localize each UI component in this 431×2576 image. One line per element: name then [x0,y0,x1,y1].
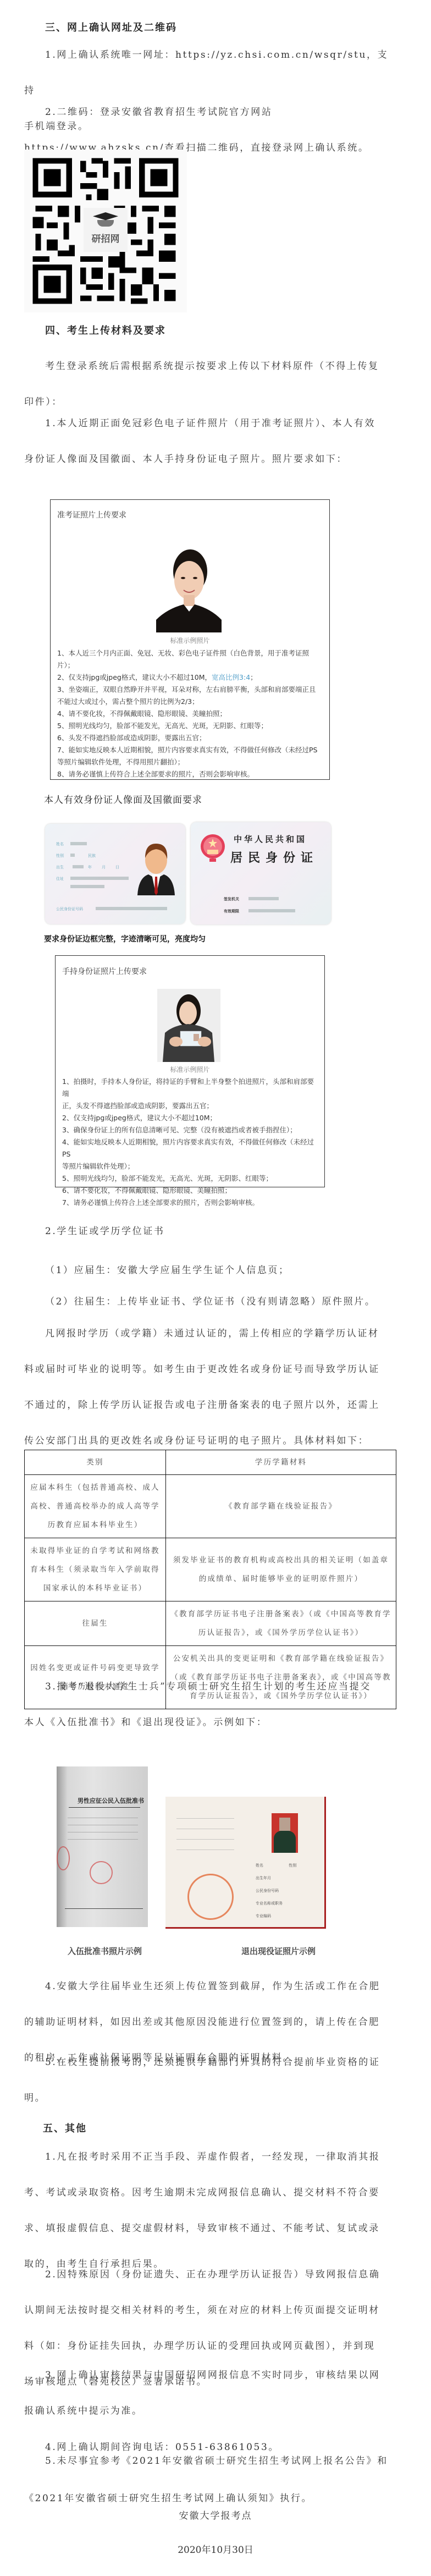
id-card-front-sample: 姓名 性别 民族 出生 年 月 日 住址 公民身份证号码 [45,824,185,924]
id-card-heading: 本人有效身份证人像面及国徽面要求 [44,792,202,806]
box-title: 手持身份证照片上传要求 [62,966,147,977]
para-line: 不通过的，除上传学历认证报告或电子注册备案表的电子照片以外，还需上 [24,1400,380,1411]
qr-code[interactable]: 研招网 [24,150,187,312]
para-line: 3.网上确认审核结果与中国研招网网报信息不实时同步，审核结果以网 [45,2370,380,2381]
section4-item2-title: 2.学生证或学历学位证书 [24,1214,398,1250]
item2-title-text: 2.学生证或学历学位证书 [45,1226,164,1237]
id-label-number: 公民身份证号码 [56,906,83,912]
header-material: 学历学籍材料 [166,1450,396,1475]
photo-caption: 标准示例照片 [51,636,329,645]
requirement-item: 1、本人近三个月内正面、免冠、无妆、彩色电子证件照（白色背景，用于准考证照 [57,647,323,659]
id-label-birth: 出生 [56,865,64,870]
enlistment-certificate-photo: 男性应征公民入伍批准书 [57,1766,148,1927]
cell-category: 未取得毕业证的自学考试和网络教育本科生（须录取当年入学前取得国家承认的本科毕业证… [25,1538,166,1601]
divider [65,1908,143,1909]
blurred-field [248,909,295,912]
item2-text: 2.二维码：登录安徽省教育招生考试院官方网站 [45,107,272,118]
para-line: 求、填报虚假信息、提交虚假材料，导致审核不通过、不能考试、复试或录 [24,2223,380,2234]
para-line: 《2021年安徽省硕士研究生招生考试网上确认须知》执行。 [24,2493,312,2504]
blurred-field [70,885,104,888]
id-card-note: 要求身份证边框完整，字迹清晰可见，亮度均匀 [44,933,206,944]
national-emblem-icon [200,832,226,863]
para-line: 的辅助证明材料，如因出差或其他原因没能进行位置签到的，请上传在合肥 [24,2017,380,2028]
blurred-field [248,897,279,900]
para-line: 5.未尽事宜参考《2021年安徽省硕士研究生招生考试网上报名公告》和 [45,2456,388,2467]
id-label-month: 月 [102,865,106,870]
requirement-item: 4、请不要化妆，不得佩戴眼镜、隐形眼镜、美瞳拍照； [57,708,323,720]
requirement-item: 2、仅支持jpg或jpeg格式，建议大小不超过10M，宽高比例3:4； [57,671,323,684]
id-label-year: 年 [88,865,92,870]
para-line: 凡网报时学历（或学籍）未通过认证的，需上传相应的学籍学历认证材 [45,1328,379,1339]
qr-logo: 研招网 [84,208,128,252]
id-label-address: 住址 [56,876,64,882]
section4-item2-sub1: （1）应届生：安徽大学应届生学生证个人信息页； [24,1253,398,1289]
blurred-face [279,1818,290,1831]
section4-item2-sub2: （2）往届生：上传毕业证书、学位证书（没有则请忽略）原件照片。 [24,1284,398,1320]
item2-sub1-text: （1）应届生：安徽大学应届生学生证个人信息页； [45,1265,290,1276]
requirement-item: 3、确保身份证上的所有信息清晰可见、完整（没有被遮挡或者被手指捏住）； [62,1124,318,1136]
id-label-gender: 性别 [56,853,64,858]
field-label: 姓名 [256,1863,263,1868]
requirement-item: 6、请不要化妆，不得佩戴眼镜、隐形眼镜、美瞳拍照； [62,1185,318,1197]
para-line: 料（如：身份证挂失回执，办理学历认证的受理回执或网页截图），并到现 [24,2341,375,2352]
requirements-list: 1、拍摄时，手持本人身份证，将持证的手臂和上半身整个拍进照片，头部和肩部要端 正… [62,1076,318,1209]
photo-caption: 标准示例照片 [56,1065,324,1074]
signature-org: 安徽大学报考点 [0,2508,431,2522]
official-seal-icon [187,1874,234,1920]
section5-item5: 5.未尽事宜参考《2021年安徽省硕士研究生招生考试网上报名公告》和《2021年… [24,2442,398,2517]
standard-sample-photo [156,543,222,632]
field-label: 出生年月 [256,1872,296,1885]
blurred-field [96,907,167,910]
para-line: 考、考试或录取资格。因考生逾期未完成网报信息确认、提交材料不符合要 [24,2187,380,2198]
cell-material: 须发毕业证书的教育机构或高校出具的相关证明（如盖章的成绩单、届时能够毕业的证明原… [166,1538,396,1601]
id-label-issuer: 签发机关 [224,896,239,902]
requirement-item: 2、仅支持jpg或jpeg格式，建议大小不超过10M； [62,1112,318,1124]
para-line: 1.凡在报考时采用不正当手段、弄虚作假者，一经发现，一律取消其报 [45,2151,380,2162]
requirement-item: 等照片编辑软件处理，不得用照片翻拍）； [57,756,323,768]
discharge-certificate-photo: 姓名 性别 出生年月 公民身份号码 专业名称或职务 专业编码 [165,1797,326,1929]
item2-sub2-text: （2）往届生：上传毕业证书、学位证书（没有则请忽略）原件照片。 [45,1296,375,1307]
item1-text-cont: 身份证人像面及国徽面、本人手持身份证电子照片。照片要求如下： [24,454,347,465]
blurred-field [70,842,87,845]
requirement-item: 片）； [57,659,323,671]
section4-heading: 四、考生上传材料及要求 [45,323,166,337]
item3-text: 3.报考“退役大学生士兵”专项硕士研究生招生计划的考生还应当提交 [45,1681,371,1692]
table-row: 未取得毕业证的自学考试和网络教育本科生（须录取当年入学前取得国家承认的本科毕业证… [25,1538,396,1601]
requirement-item: 5、照明光线均匀，脸部不能发光，无高光、光斑，无阴影、红眼等； [57,720,323,732]
item3-text-cont: 本人《入伍批准书》和《退出现役证》。示例如下： [24,1717,267,1728]
requirement-tail: ； [250,673,257,681]
para-line: 报确认系统中提示为准。 [24,2406,143,2417]
woman-portrait-icon [156,543,222,632]
official-seal-icon [90,1861,113,1884]
discharge-fields: 姓名 性别 出生年月 公民身份号码 专业名称或职务 专业编码 [256,1859,296,1923]
table-header-row: 类别 学历学籍材料 [25,1450,396,1475]
aspect-ratio-highlight: 宽高比例3:4 [212,673,250,681]
discharge-caption: 退出现役证照片示例 [241,1945,316,1957]
para-line: 明。 [24,2093,46,2104]
requirement-item: 4、能如实地反映本人近期相貌，照片内容要求真实有效，不得做任何修改（未经过PS [62,1136,318,1160]
para-line: 料或届时可毕业的说明等。如考生由于更改姓名或身份证号而导致学历认证 [24,1364,380,1375]
requirement-item: 5、照明光线均匀，脸部不能发光，无高光、光斑，无阴影、红眼等； [62,1173,318,1185]
section4-item2-para: 凡网报时学历（或学籍）未通过认证的，需上传相应的学籍学历认证材料或届时可毕业的说… [24,1316,398,1459]
cell-material: 《教育部学历证书电子注册备案表》（或《中国高等教育学历认证报告》，或《国外学历学… [166,1601,396,1646]
para-line: 2.因特殊原因（身份证遗失、正在办理学历认证报告）导致网报信息确 [45,2269,380,2280]
woman-holding-id-icon [157,989,220,1062]
id-label-ethnicity: 民族 [88,853,96,858]
para-line: 认期间无法按时提交相关材料的考生，须在对应的材料上传页面提交证明材 [24,2305,380,2316]
id-back-title1: 中华人民共和国 [234,833,307,845]
table-row: 应届本科生（包括普通高校、成人高校、普通高校举办的成人高等学历教育应届本科毕业生… [25,1475,396,1538]
requirement-item: 等照片编辑软件处理）； [62,1160,318,1173]
id-back-title2: 居民身份证 [230,849,318,866]
id-label-day: 日 [115,865,119,870]
enlistment-doc-title: 男性应征公民入伍批准书 [78,1796,144,1805]
id-label-validity: 有效期限 [224,909,239,914]
box-title: 准考证照片上传要求 [57,509,126,520]
signature-date: 2020年10月30日 [0,2542,431,2556]
requirement-item: 6、头发不得遮挡脸部或造成阴影，要露出五官； [57,732,323,744]
section4-item1: 1.本人近期正面免冠彩色电子证件照片（用于准考证照片）、本人有效身份证人像面及国… [24,406,398,477]
cell-category: 应届本科生（包括普通高校、成人高校、普通高校举办的成人高等学历教育应届本科毕业生… [25,1475,166,1538]
requirement-item: 1、拍摄时，手持本人身份证，将持证的手臂和上半身整个拍进照片，头部和肩部要端 [62,1076,318,1100]
avatar-placeholder-icon [137,840,175,895]
header-category: 类别 [25,1450,166,1475]
field-label: 专业编码 [256,1910,296,1923]
cell-category: 往届生 [25,1601,166,1646]
uniform [274,1831,296,1853]
table-row: 往届生 《教育部学历证书电子注册备案表》（或《中国高等教育学历认证报告》，或《国… [25,1601,396,1646]
requirement-item: 7、请务必谨慎上传符合上述全部要求的照片，否则会影响审核。 [62,1197,318,1209]
section4-item3: 3.报考“退役大学生士兵”专项硕士研究生招生计划的考生还应当提交本人《入伍批准书… [24,1669,398,1741]
handheld-id-requirements-box: 手持身份证照片上传要求 标准示例照片 1、拍摄时，手持本人身份证，将持证的手臂和… [55,955,325,1187]
section5-heading: 五、其他 [43,2121,87,2135]
graduation-cap-base [97,220,114,227]
intro-text: 考生登录系统后需根据系统提示按要求上传以下材料原件（不得上传复 [45,361,379,372]
section3-heading: 三、网上确认网址及二维码 [45,20,177,34]
para-line: 传公安部门出具的更改姓名或身份证号证明的电子照片。具体材料如下： [24,1435,369,1446]
requirement-item: 不能过大或过小，需占整个照片的比例为2/3； [57,696,323,708]
divider [69,1807,140,1808]
section4-item5: 5.在校生提前报考的，还须提供学籍部门开具的符合提前毕业资格的证明。 [24,2045,398,2116]
para-line: 5.在校生提前报考的，还须提供学籍部门开具的符合提前毕业资格的证 [45,2057,380,2068]
field-label: 专业名称或职务 [256,1897,296,1910]
handheld-sample-photo [157,989,220,1062]
id-label-name: 姓名 [56,841,64,847]
admission-photo-requirements-box: 准考证照片上传要求 标准示例照片 1、本人近三个月内正面、免冠、无妆、彩色电子证… [50,499,330,780]
soldier-photo [272,1813,298,1853]
blurred-field [73,865,84,868]
requirement-item: 正，头发不得遮挡脸部或造成阴影，要露出五官； [62,1100,318,1112]
item1-text: 1.网上确认系统唯一网址：https://yz.chsi.com.cn/wsqr… [24,49,388,96]
field-label: 性别 [289,1863,296,1868]
blurred-field [70,854,75,857]
qr-logo-text: 研招网 [84,231,128,245]
requirement-item: 3、坐姿端正，双眼自然睁开并平视，耳朵对称，左右肩膀平衡，头部和肩部要端正且 [57,684,323,696]
item1-text: 1.本人近期正面免冠彩色电子证件照片（用于准考证照片）、本人有效 [45,418,375,429]
requirements-list: 1、本人近三个月内正面、免冠、无妆、彩色电子证件照（白色背景，用于准考证照 片）… [57,647,323,780]
document-text-lines [68,1813,138,1843]
document-text-lines [176,1810,234,1860]
enlistment-caption: 入伍批准书照片示例 [68,1945,142,1957]
blurred-field [70,877,129,880]
section5-item3: 3.网上确认审核结果与中国研招网网报信息不实时同步，审核结果以网报确认系统中提示… [24,2358,398,2429]
para-line: 4.安徽大学往届毕业生还须上传位置签到截屏，作为生活或工作在合肥 [45,1981,380,1992]
requirement-item: 8、请务必谨慎上传符合上述全部要求的照片，否则会影响审核。 [57,768,323,780]
requirement-item: 7、能如实地反映本人近期相貌，照片内容要求真实有效，不得做任何修改（未经过PS [57,744,323,756]
id-card-back-sample: 中华人民共和国 居民身份证 签发机关 有效期限 [191,822,331,924]
requirement-text: 2、仅支持jpg或jpeg格式，建议大小不超过10M， [57,673,212,681]
cell-material: 《教育部学籍在线验证报告》 [166,1475,396,1538]
official-seal-icon [57,1846,70,1870]
field-label: 公民身份号码 [256,1885,296,1897]
